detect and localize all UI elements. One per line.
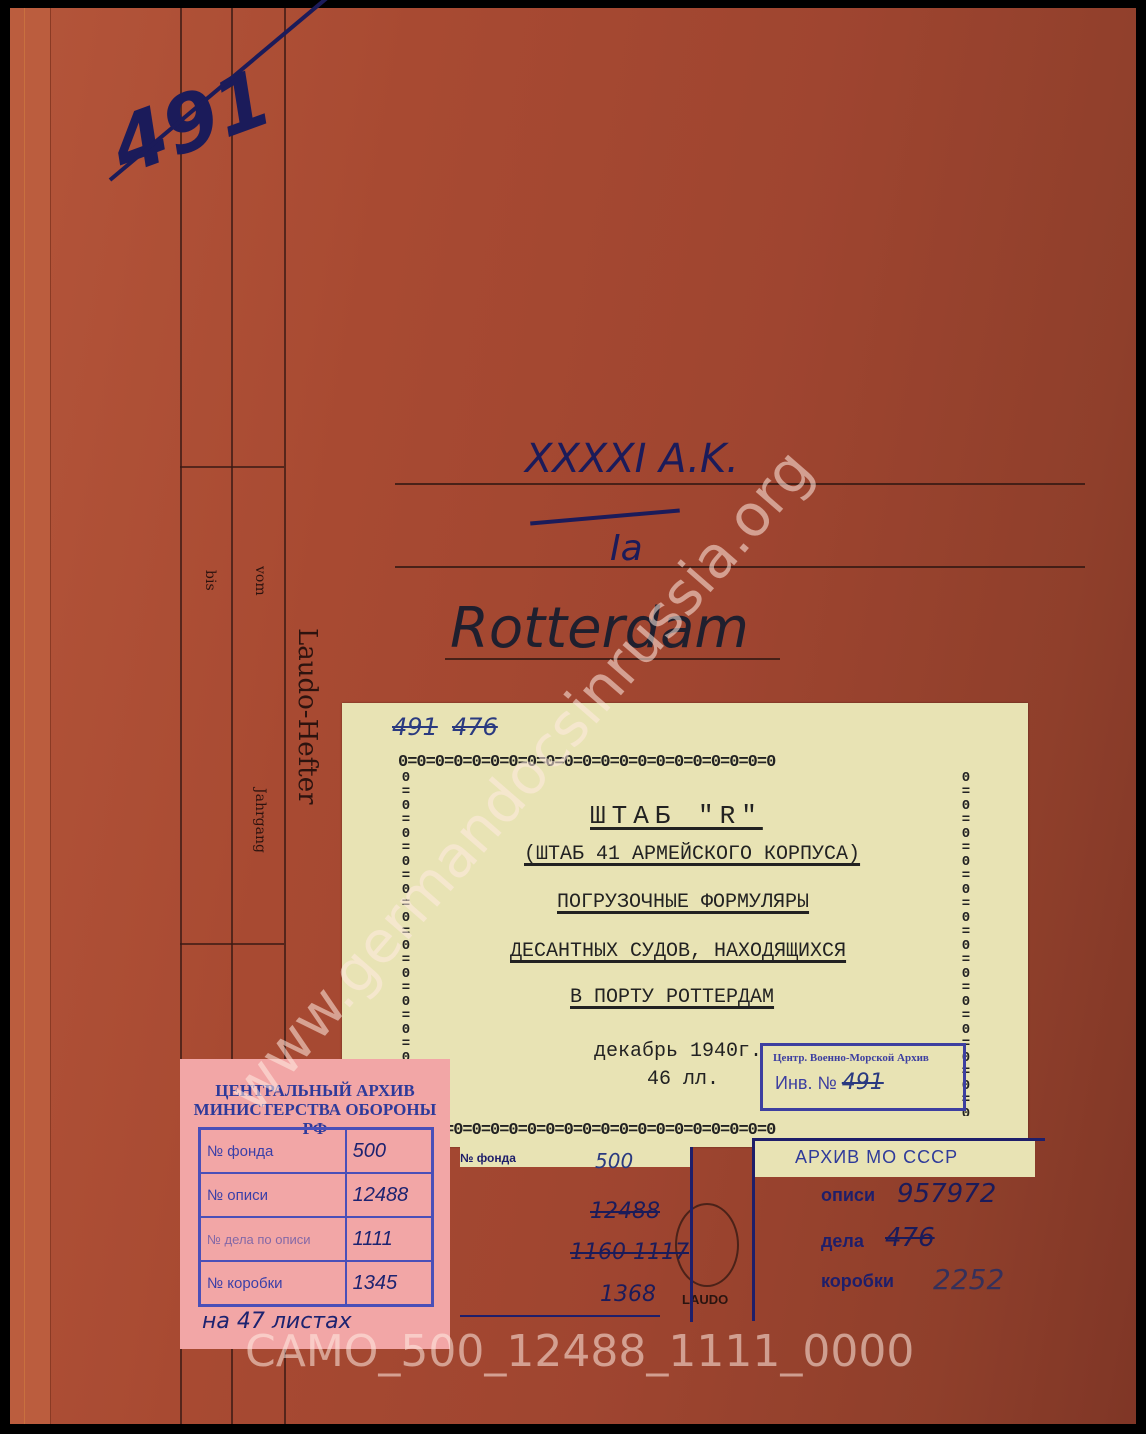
old-label-box: коробки bbox=[821, 1271, 894, 1292]
old-label-opis: описи bbox=[821, 1185, 875, 1206]
handwritten-number: 491 bbox=[100, 53, 284, 193]
fold-crease bbox=[24, 8, 25, 1424]
watermark-code: CAMO_500_12488_1111_0000 bbox=[245, 1326, 914, 1377]
spine-divider bbox=[180, 943, 284, 945]
card-label: № фонда bbox=[200, 1129, 346, 1174]
title-line-1: ШТАБ "R" bbox=[590, 801, 763, 831]
spine-field-jahrgang: Jahrgang bbox=[252, 788, 268, 853]
inv-value: 491 bbox=[842, 1070, 884, 1095]
old-value-box: 2252 bbox=[933, 1263, 1004, 1296]
title-line-2: (ШТАБ 41 АРМЕЙСКОГО КОРПУСА) bbox=[524, 843, 860, 866]
card-row: № коробки1345 bbox=[200, 1261, 433, 1306]
pen-stroke bbox=[530, 508, 680, 525]
spine-label: Laudo-Hefter bbox=[292, 628, 322, 805]
date: декабрь 1940г. bbox=[594, 1040, 762, 1063]
old-value-delo: 476 bbox=[885, 1223, 935, 1253]
card-label: № дела по описи bbox=[200, 1217, 346, 1261]
old-stamp-right: АРХИВ МО СССР описи 957972 дела 476 коро… bbox=[752, 1138, 1045, 1321]
card-value: 500 bbox=[346, 1129, 433, 1174]
old-number: 476 bbox=[452, 713, 498, 741]
stamp-line bbox=[460, 1315, 660, 1317]
card-label: № коробки bbox=[200, 1261, 346, 1306]
sheet-count: 46 лл. bbox=[647, 1068, 719, 1091]
card-table: № фонда500 № описи12488 № дела по описи1… bbox=[198, 1127, 434, 1307]
unit-line-text: XXXXI A.K. bbox=[525, 436, 739, 482]
naval-archive-stamp: Центр. Военно-Морской Архив Инв. № 491 bbox=[760, 1043, 966, 1111]
card-label: № описи bbox=[200, 1173, 346, 1217]
title-line-4: ДЕСАНТНЫХ СУДОВ, НАХОДЯЩИХСЯ bbox=[510, 940, 846, 963]
old-label-fond: № фонда bbox=[460, 1151, 516, 1165]
old-stamp-left: № фонда 500 12488 1160 1117 1368 bbox=[460, 1147, 693, 1322]
folder-fold bbox=[10, 8, 51, 1424]
card-value: 1345 bbox=[346, 1261, 433, 1306]
archive-card: ЦЕНТРАЛЬНЫЙ АРХИВ МИНИСТЕРСТВА ОБОРОНЫ Р… bbox=[180, 1059, 450, 1349]
card-row: № описи12488 bbox=[200, 1173, 433, 1217]
card-value: 12488 bbox=[346, 1173, 433, 1217]
old-label-delo: дела bbox=[821, 1231, 864, 1252]
card-row: № фонда500 bbox=[200, 1129, 433, 1174]
card-row: № дела по описи1111 bbox=[200, 1217, 433, 1261]
naval-stamp-title: Центр. Военно-Морской Архив bbox=[763, 1046, 963, 1064]
title-line-5: В ПОРТУ РОТТЕРДАМ bbox=[570, 986, 774, 1009]
card-value: 1111 bbox=[346, 1217, 433, 1261]
section-line-text: Ia bbox=[610, 528, 643, 569]
old-value-fond: 500 bbox=[595, 1149, 633, 1173]
inv-label: Инв. № bbox=[775, 1073, 837, 1093]
title-line-3: ПОГРУЗОЧНЫЕ ФОРМУЛЯРЫ bbox=[557, 891, 809, 914]
spine-field-vom: vom bbox=[252, 566, 268, 596]
old-value-opis: 957972 bbox=[897, 1179, 996, 1209]
old-value-delo: 1160 1117 bbox=[570, 1240, 689, 1265]
old-number: 491 bbox=[392, 713, 438, 741]
spine-divider bbox=[180, 466, 284, 468]
old-value-box: 1368 bbox=[600, 1282, 656, 1307]
old-stamp-title: АРХИВ МО СССР bbox=[795, 1147, 958, 1168]
old-value-opis: 12488 bbox=[590, 1199, 660, 1224]
spine-field-bis: bis bbox=[202, 570, 218, 591]
